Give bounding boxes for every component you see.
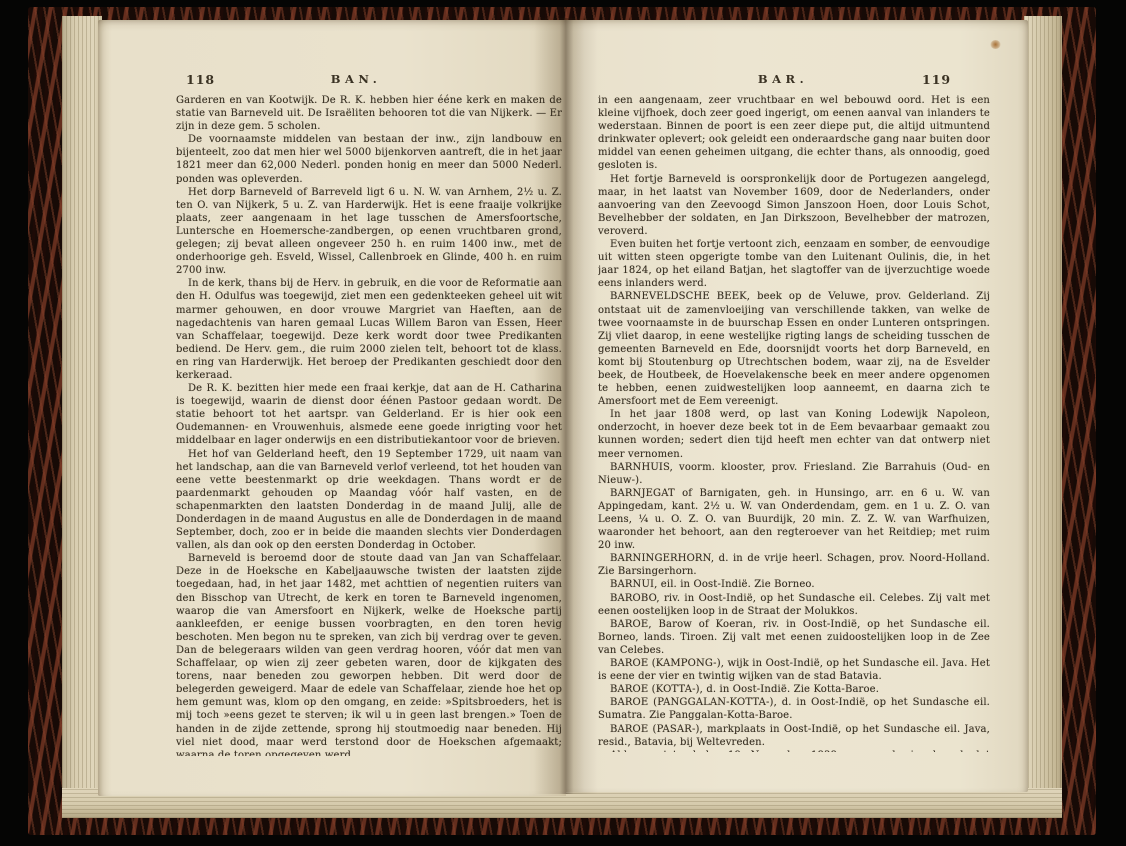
entry-paragraph-barneveldsche-beek: BARNEVELDSCHE BEEK, beek op de Veluwe, p…: [598, 290, 990, 408]
entry-paragraph-baroe-kampong: BAROE (KAMPONG-), wijk in Oost-Indië, op…: [598, 657, 990, 683]
page-stack-edge-left: [62, 16, 102, 810]
paragraph: De voornaamste middelen van bestaan der …: [176, 133, 562, 185]
left-page: 118 BAN. Garderen en van Kootwijk. De R.…: [98, 20, 566, 796]
page-number-right: 119: [922, 72, 951, 87]
paragraph: Barneveld is beroemd door de stoute daad…: [176, 552, 562, 756]
paragraph: In het jaar 1808 werd, op last van Konin…: [598, 408, 990, 460]
entry-paragraph-baroe-pasar: BAROE (PASAR-), markplaats in Oost-Indië…: [598, 723, 990, 749]
right-page-header: BAR. 119: [566, 72, 1028, 88]
paragraph: Even buiten het fortje vertoont zich, ee…: [598, 238, 990, 290]
running-head-left: BAN.: [176, 72, 536, 86]
right-page: BAR. 119 in een aangenaam, zeer vruchtba…: [566, 20, 1028, 792]
left-page-text: Garderen en van Kootwijk. De R. K. hebbe…: [176, 94, 562, 756]
entry-paragraph-barnui: BARNUI, eil. in Oost-Indië. Zie Borneo.: [598, 578, 990, 591]
right-page-text: in een aangenaam, zeer vruchtbaar en wel…: [598, 94, 990, 752]
paragraph: Garderen en van Kootwijk. De R. K. hebbe…: [176, 94, 562, 133]
book-scan: { "palette": { "background": "#050504", …: [0, 0, 1126, 846]
paragraph: De R. K. bezitten hier mede een fraai ke…: [176, 382, 562, 447]
paper-stain: [990, 40, 1001, 49]
running-head-right: BAR.: [598, 72, 968, 86]
paragraph: Het hof van Gelderland heeft, den 19 Sep…: [176, 448, 562, 553]
entry-paragraph-baroe-panggalan: BAROE (PANGGALAN-KOTTA-), d. in Oost-Ind…: [598, 696, 990, 722]
paragraph: Aldaar ontstond den 19. November 1838 ee…: [598, 749, 990, 752]
entry-paragraph-barnhuis: BARNHUIS, voorm. klooster, prov. Friesla…: [598, 461, 990, 487]
entry-paragraph-baroe: BAROE, Barow of Koeran, riv. in Oost-Ind…: [598, 618, 990, 657]
paragraph: Het fortje Barneveld is oorspronkelijk d…: [598, 173, 990, 238]
paragraph: in een aangenaam, zeer vruchtbaar en wel…: [598, 94, 990, 173]
paragraph: In de kerk, thans bij de Herv. in gebrui…: [176, 277, 562, 382]
entry-paragraph-baroe-kotta: BAROE (KOTTA-), d. in Oost-Indië. Zie Ko…: [598, 683, 990, 696]
entry-paragraph-barobo: BAROBO, riv. in Oost-Indië, op het Sunda…: [598, 592, 990, 618]
paragraph: Het dorp Barneveld of Barreveld ligt 6 u…: [176, 186, 562, 278]
entry-paragraph-barnjegat: BARNJEGAT of Barnigaten, geh. in Hunsing…: [598, 487, 990, 552]
page-stack-edge-right: [1024, 16, 1062, 816]
entry-paragraph-barningerhorn: BARNINGERHORN, d. in de vrije heerl. Sch…: [598, 552, 990, 578]
left-page-header: 118 BAN.: [98, 72, 566, 88]
